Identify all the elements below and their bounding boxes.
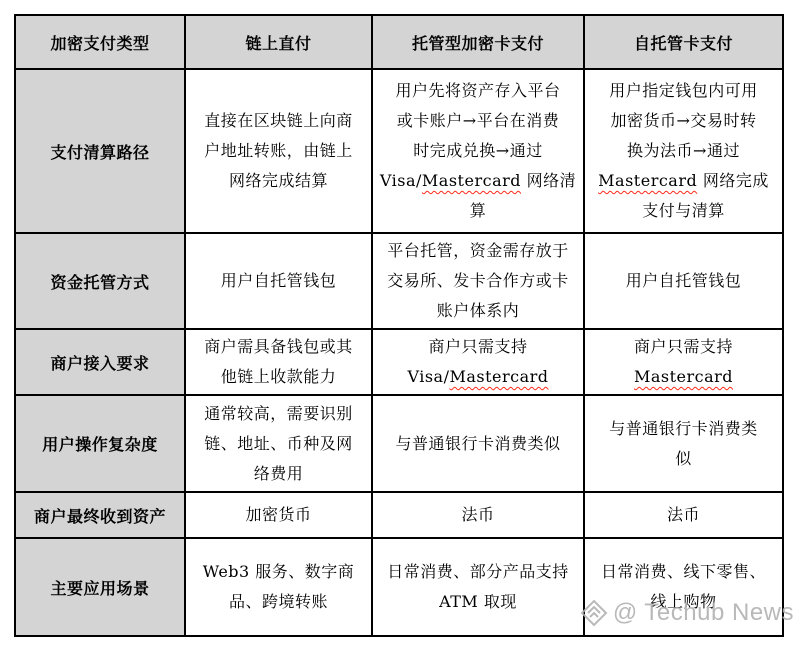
text-segment: 网络完成 <box>697 171 769 190</box>
table-header-row: 加密支付类型 链上直付 托管型加密卡支付 自托管卡支付 <box>15 15 783 69</box>
text-segment: ATM 取现 <box>439 592 517 611</box>
text-segment: 与普通银行卡消费类 <box>609 419 758 438</box>
text-segment: 用户自托管钱包 <box>221 271 337 290</box>
table-cell: 用户指定钱包内可用加密货币→交易时转换为法币→通过Mastercard 网络完成… <box>584 69 783 233</box>
text-segment: 商户只需支持 <box>428 337 527 356</box>
row-label-main-use-cases: 主要应用场景 <box>15 538 185 636</box>
table-cell: 平台托管，资金需存放于交易所、发卡合作方或卡账户体系内 <box>372 233 584 329</box>
crypto-payment-comparison-table: 加密支付类型 链上直付 托管型加密卡支付 自托管卡支付 支付清算路径 直接在区块… <box>14 14 784 637</box>
text-segment: 日常消费、线下零售、 <box>601 562 766 581</box>
text-segment: 户地址转账，由链上 <box>204 141 353 160</box>
text-segment: 网络完成结算 <box>229 171 328 190</box>
text-segment: 用户自托管钱包 <box>626 271 742 290</box>
header-cell-selfcustody-card: 自托管卡支付 <box>584 15 783 69</box>
text-segment: 平台托管，资金需存放于 <box>387 241 569 260</box>
row-label-settlement-path: 支付清算路径 <box>15 69 185 233</box>
table-cell: 法币 <box>372 492 584 538</box>
table-cell: 加密货币 <box>185 492 372 538</box>
table-cell: Web3 服务、数字商品、跨境转账 <box>185 538 372 636</box>
text-segment: 络费用 <box>254 464 304 483</box>
table-cell: 商户只需支持Visa/Mastercard <box>372 329 584 395</box>
text-segment: 与普通银行卡消费类似 <box>395 434 560 453</box>
row-label-fund-custody: 资金托管方式 <box>15 233 185 329</box>
text-segment: 商户只需支持 <box>634 337 733 356</box>
text-segment: 支付与清算 <box>642 201 725 220</box>
table-cell: 商户需具备钱包或其他链上收款能力 <box>185 329 372 395</box>
text-segment: 用户先将资产存入平台 <box>395 81 560 100</box>
text-segment: 通常较高，需要识别 <box>204 404 353 423</box>
header-cell-onchain-direct: 链上直付 <box>185 15 372 69</box>
text-segment: Web3 服务、数字商 <box>203 562 355 581</box>
table-row-settlement-path: 支付清算路径 直接在区块链上向商户地址转账，由链上网络完成结算 用户先将资产存入… <box>15 69 783 233</box>
header-cell-payment-type: 加密支付类型 <box>15 15 185 69</box>
text-segment: 加密货币 <box>245 505 311 524</box>
table-row-merchant-received-asset: 商户最终收到资产 加密货币 法币 法币 <box>15 492 783 538</box>
table-cell: 用户自托管钱包 <box>185 233 372 329</box>
table-cell: 直接在区块链上向商户地址转账，由链上网络完成结算 <box>185 69 372 233</box>
header-cell-custodial-card: 托管型加密卡支付 <box>372 15 584 69</box>
table-cell: 通常较高，需要识别链、地址、币种及网络费用 <box>185 395 372 492</box>
table-row-main-use-cases: 主要应用场景 Web3 服务、数字商品、跨境转账 日常消费、部分产品支持ATM … <box>15 538 783 636</box>
text-segment: Visa/ <box>380 171 422 190</box>
misspelled-word: Mastercard <box>598 171 697 190</box>
text-segment: 线上购物 <box>650 592 716 611</box>
row-label-user-complexity: 用户操作复杂度 <box>15 395 185 492</box>
text-segment: 他链上收款能力 <box>221 367 337 386</box>
table-cell: 用户先将资产存入平台或卡账户→平台在消费时完成兑换→通过Visa/Masterc… <box>372 69 584 233</box>
table-cell: 法币 <box>584 492 783 538</box>
text-segment: 时完成兑换→通过 <box>413 141 542 160</box>
misspelled-word: Mastercard <box>449 367 548 386</box>
text-segment: 链、地址、币种及网 <box>204 434 353 453</box>
text-segment: 日常消费、部分产品支持 <box>387 562 569 581</box>
text-segment: 似 <box>675 449 692 468</box>
table-row-merchant-requirements: 商户接入要求 商户需具备钱包或其他链上收款能力 商户只需支持Visa/Maste… <box>15 329 783 395</box>
table-cell: 与普通银行卡消费类似 <box>372 395 584 492</box>
text-segment: 品、跨境转账 <box>229 592 328 611</box>
text-segment: 直接在区块链上向商 <box>204 111 353 130</box>
row-label-merchant-received-asset: 商户最终收到资产 <box>15 492 185 538</box>
misspelled-word: Mastercard <box>422 171 521 190</box>
text-segment: 商户需具备钱包或其 <box>204 337 353 356</box>
table-cell: 日常消费、线下零售、线上购物 <box>584 538 783 636</box>
misspelled-word: Mastercard <box>634 367 733 386</box>
text-segment: 用户指定钱包内可用 <box>609 81 758 100</box>
text-segment: 加密货币→交易时转 <box>611 111 757 130</box>
text-segment: 算 <box>470 201 487 220</box>
table-cell: 商户只需支持Mastercard <box>584 329 783 395</box>
table-cell: 用户自托管钱包 <box>584 233 783 329</box>
row-label-merchant-requirements: 商户接入要求 <box>15 329 185 395</box>
text-segment: 换为法币→通过 <box>627 141 740 160</box>
text-segment: 法币 <box>667 505 700 524</box>
text-segment: Visa/ <box>407 367 449 386</box>
text-segment: 交易所、发卡合作方或卡 <box>387 271 569 290</box>
text-segment: 或卡账户→平台在消费 <box>397 111 559 130</box>
table-row-user-complexity: 用户操作复杂度 通常较高，需要识别链、地址、币种及网络费用 与普通银行卡消费类似… <box>15 395 783 492</box>
text-segment: 网络清 <box>521 171 576 190</box>
text-segment: 法币 <box>461 505 494 524</box>
table-row-fund-custody: 资金托管方式 用户自托管钱包 平台托管，资金需存放于交易所、发卡合作方或卡账户体… <box>15 233 783 329</box>
text-segment: 账户体系内 <box>437 301 520 320</box>
document-page: 加密支付类型 链上直付 托管型加密卡支付 自托管卡支付 支付清算路径 直接在区块… <box>0 0 796 646</box>
table-cell: 与普通银行卡消费类似 <box>584 395 783 492</box>
table-cell: 日常消费、部分产品支持ATM 取现 <box>372 538 584 636</box>
